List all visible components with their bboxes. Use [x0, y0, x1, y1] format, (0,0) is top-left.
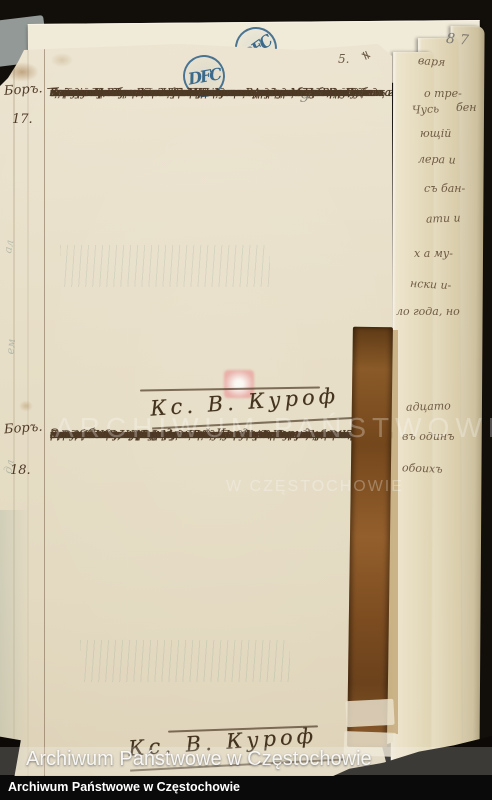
- bottom-bar: Archiwum Państwowe w Częstochowie: [0, 776, 492, 800]
- record-17-number: 17.: [12, 112, 33, 127]
- record-18-number: 18.: [10, 463, 31, 478]
- ink-bleedthrough: [80, 640, 290, 682]
- edge-fragment: съ бан-: [424, 182, 465, 195]
- bleed-fragment: ал: [1, 239, 16, 255]
- edge-fragment: нски и-: [410, 277, 452, 292]
- repair-tape-strip: [347, 327, 393, 748]
- archive-watermark-line1: ARCHIWUM PAŃSTWOWE: [55, 412, 492, 444]
- bleed-fragment: ем: [4, 338, 18, 355]
- edge-fragment: о тре-: [424, 87, 462, 100]
- edge-fragment: бен: [456, 101, 476, 114]
- manuscript-line: подписанъ: [50, 84, 109, 102]
- photo-caption-watermark: Archiwum Państwowe w Częstochowie: [26, 748, 372, 771]
- edge-fragment: лера и: [418, 152, 456, 166]
- edge-fragment: ати и: [426, 211, 461, 225]
- tissue-patch: [345, 699, 394, 727]
- record-18-place-label: Боръ.: [4, 420, 43, 438]
- margin-rule-line: [44, 46, 45, 800]
- archive-watermark-line2: W CZĘSTOCHOWIE: [226, 478, 404, 496]
- edge-fragment: обоихъ: [402, 461, 443, 475]
- archival-scan-photo: DFC К 87 варя о тре- Чусь бен ющій лера …: [0, 0, 492, 800]
- ink-bleedthrough: [60, 245, 270, 287]
- bottom-bar-caption: Archiwum Państwowe w Częstochowie: [8, 780, 240, 794]
- edge-fragment: х а му-: [414, 247, 453, 260]
- pencil-note-mark: ≠: [356, 48, 374, 64]
- edge-fragment: ло года, но: [396, 305, 460, 318]
- edge-fragment: варя: [418, 54, 446, 69]
- pencil-note: 5.: [338, 52, 349, 66]
- edge-fragment: ющій: [420, 127, 451, 140]
- edge-fragment: Чусь: [412, 102, 440, 116]
